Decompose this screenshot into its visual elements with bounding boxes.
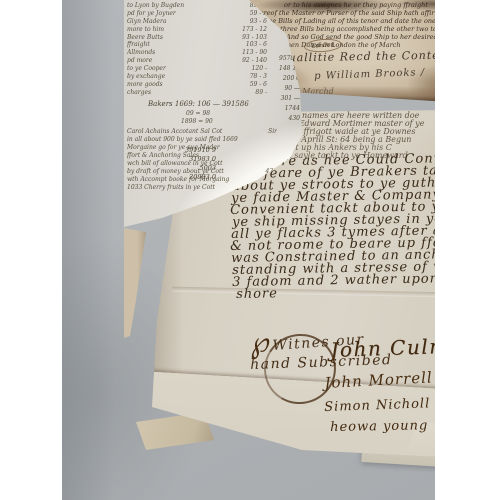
ledger-row-text: Giyn Madera [127,18,166,26]
ledger-row: pd for ye Joyner 59 - 3 [127,10,267,18]
bill-line: whereof the Master or Purser of the said… [250,9,435,17]
ledger-top-rows: to Lyon by Bugden 89 - 8 pd for ye Joyne… [127,2,267,97]
ledger-row: to Lyon by Bugden 89 - 8 [127,2,267,10]
letter-body-line: shore [236,286,278,302]
ledger-row-amount: 89 - [255,89,267,97]
ledger-row-text: to ye Cooper [127,65,166,73]
ledger-amount: 430 [270,115,300,125]
ledger-total: 31983 0 [178,155,216,164]
ledger-row-text: 1033 Cherry fruits in ye Cott [127,184,215,192]
signature-heowa-young: heowa young [330,418,428,435]
ledger-row-text: pd more [127,57,152,65]
ledger-totals-column: 391910 9 31983 0 5003 20983 0 [178,146,216,182]
ledger-row: charges 89 - [127,89,267,97]
ledger-row-amount: 59 - 6 [250,81,267,89]
ledger-row-text: charges [127,89,151,97]
ledger-amount: 301 — [270,95,300,105]
ledger-row-text: Allmonds [127,49,155,57]
ledger-row-amount: 93 - 103 [242,34,267,42]
ledger-row-amount: 173 - 12 [242,26,267,34]
ledger-row: Giyn Madera 93 - 6 [127,18,267,26]
ledger-row: by exchange 78 - 3 [127,73,267,81]
place-word: London [311,41,334,50]
ledger-row: in all about 900 by ye said ffed 1669 [127,136,277,144]
ledger-subtotal: 09 = 98 [186,110,210,117]
ledger-heading: Bakers 1669: 106 — 391586 [148,100,249,108]
bill-signature-william-brooks: p William Brooks / [314,67,425,82]
ledger-row-amount: 113 - 90 [242,49,267,57]
ledger-row-text: by exchange [127,73,165,81]
ledger-row-text: in all about 900 by ye said ffed 1669 [127,136,238,144]
ledger-amount: 90 — [270,85,300,95]
ledger-row: Beere Butts 93 - 103 [127,34,267,42]
ledger-row-text: to Lyon by Bugden [127,2,184,10]
signature-john-culmer: John Culmer [330,333,435,362]
ledger-row: to ye Cooper 120 - [127,65,267,73]
ledger-amount: 1744 [270,105,300,115]
ledger-row-text: more to him [127,26,164,34]
ledger-row-text: Beere Butts [127,34,163,42]
ledger-amount: 200 0 [270,75,300,85]
auction-photo-of-manuscripts: or to his assignes he or they paying ffr… [0,0,500,500]
ledger-row-amount: 92 - 140 [242,57,267,65]
ledger-row: Carol Achains Accotant Sal Cot Sir [127,128,277,136]
bill-line: or to his assignes he or they paying ffr… [284,1,428,9]
ledger-total: 20983 0 [178,173,216,182]
ledger-row-text: pd for ye Joyner [127,10,176,18]
bill-line: to three Bills of Lading all of this ten… [250,17,435,25]
ledger-row-amount: Sir [268,128,277,136]
ledger-row-text: ffraight [127,41,150,49]
ledger-row: ffraight 103 - 6 [127,41,267,49]
ledger-total: 5003 [178,164,216,173]
paper-scrap-left [124,226,148,338]
ledger-total: 391910 9 [178,146,216,155]
ledger-row: Allmonds 113 - 90 [127,49,267,57]
ledger-subtotal: 1898 = 90 [181,118,213,125]
ledger-row-text: Carol Achains Accotant Sal Cot [127,128,222,136]
ledger-row-amount: 78 - 3 [250,73,267,81]
ledger-row: more goods 59 - 6 [127,81,267,89]
ledger-row-text: more goods [127,81,163,89]
ledger-row-amount: 103 - 6 [246,41,267,49]
photo-background: or to his assignes he or they paying ffr… [62,0,435,500]
ledger-row-amount: 93 - 6 [250,18,267,26]
ledger-row-amount: 120 - [252,65,267,73]
ledger-row: pd more 92 - 140 [127,57,267,65]
ledger-row: more to him 173 - 12 [127,26,267,34]
